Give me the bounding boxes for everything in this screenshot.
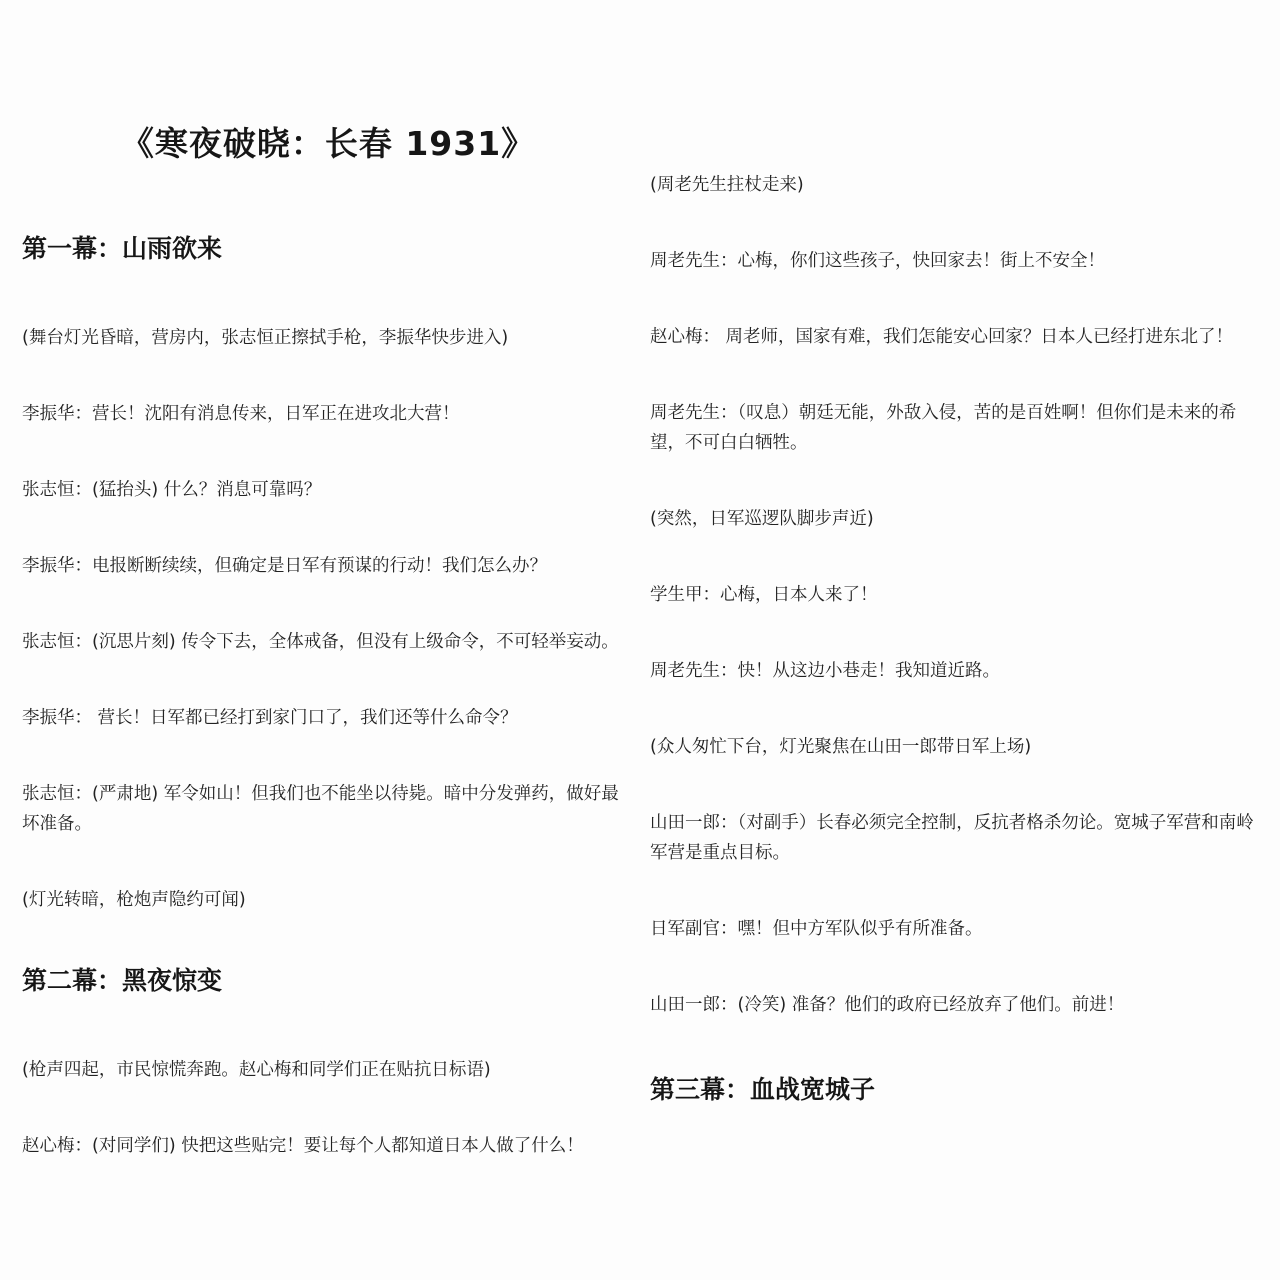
right-column: (周老先生拄杖走来) 周老先生：心梅，你们这些孩子，快回家去！街上不安全！ 赵心… <box>650 170 1262 1164</box>
dialogue-line: 李振华：营长！沈阳有消息传来，日军正在进攻北大营！ <box>22 399 634 429</box>
dialogue-line: 山田一郎：(冷笑) 准备？他们的政府已经放弃了他们。前进！ <box>650 990 1262 1020</box>
play-title: 《寒夜破晓：长春 1931》 <box>22 118 634 165</box>
stage-direction: (灯光转暗，枪炮声隐约可闻) <box>22 885 634 915</box>
dialogue-line: 周老先生：（叹息）朝廷无能，外敌入侵，苦的是百姓啊！但你们是未来的希望，不可白白… <box>650 398 1262 458</box>
stage-direction: (枪声四起，市民惊慌奔跑。赵心梅和同学们正在贴抗日标语) <box>22 1055 634 1085</box>
dialogue-line: 张志恒：(猛抬头) 什么？消息可靠吗？ <box>22 475 634 505</box>
dialogue-line: 李振华： 营长！日军都已经打到家门口了，我们还等什么命令？ <box>22 703 634 733</box>
dialogue-line: 山田一郎：（对副手）长春必须完全控制，反抗者格杀勿论。宽城子军营和南岭军营是重点… <box>650 808 1262 868</box>
dialogue-line: 周老先生：心梅，你们这些孩子，快回家去！街上不安全！ <box>650 246 1262 276</box>
dialogue-line: 张志恒：(沉思片刻) 传令下去，全体戒备，但没有上级命令，不可轻举妄动。 <box>22 627 634 657</box>
left-column: 《寒夜破晓：长春 1931》 第一幕：山雨欲来 (舞台灯光昏暗，营房内，张志恒正… <box>22 118 634 1207</box>
dialogue-line: 赵心梅： 周老师，国家有难，我们怎能安心回家？日本人已经打进东北了！ <box>650 322 1262 352</box>
act-3-heading: 第三幕：血战宽城子 <box>650 1070 1262 1106</box>
dialogue-line: 日军副官：嘿！但中方军队似乎有所准备。 <box>650 914 1262 944</box>
stage-direction: (周老先生拄杖走来) <box>650 170 1262 200</box>
act-2-heading: 第二幕：黑夜惊变 <box>22 961 634 997</box>
dialogue-line: 张志恒：(严肃地) 军令如山！但我们也不能坐以待毙。暗中分发弹药，做好最坏准备。 <box>22 779 634 839</box>
dialogue-line: 周老先生：快！从这边小巷走！我知道近路。 <box>650 656 1262 686</box>
stage-direction: (舞台灯光昏暗，营房内，张志恒正擦拭手枪，李振华快步进入) <box>22 323 634 353</box>
stage-direction: (突然，日军巡逻队脚步声近) <box>650 504 1262 534</box>
dialogue-line: 李振华：电报断断续续，但确定是日军有预谋的行动！我们怎么办？ <box>22 551 634 581</box>
stage-direction: (众人匆忙下台，灯光聚焦在山田一郎带日军上场) <box>650 732 1262 762</box>
act-1-heading: 第一幕：山雨欲来 <box>22 229 634 265</box>
dialogue-line: 学生甲：心梅，日本人来了！ <box>650 580 1262 610</box>
script-document-page: 《寒夜破晓：长春 1931》 第一幕：山雨欲来 (舞台灯光昏暗，营房内，张志恒正… <box>0 0 1280 1280</box>
dialogue-line: 赵心梅：(对同学们) 快把这些贴完！要让每个人都知道日本人做了什么！ <box>22 1131 634 1161</box>
